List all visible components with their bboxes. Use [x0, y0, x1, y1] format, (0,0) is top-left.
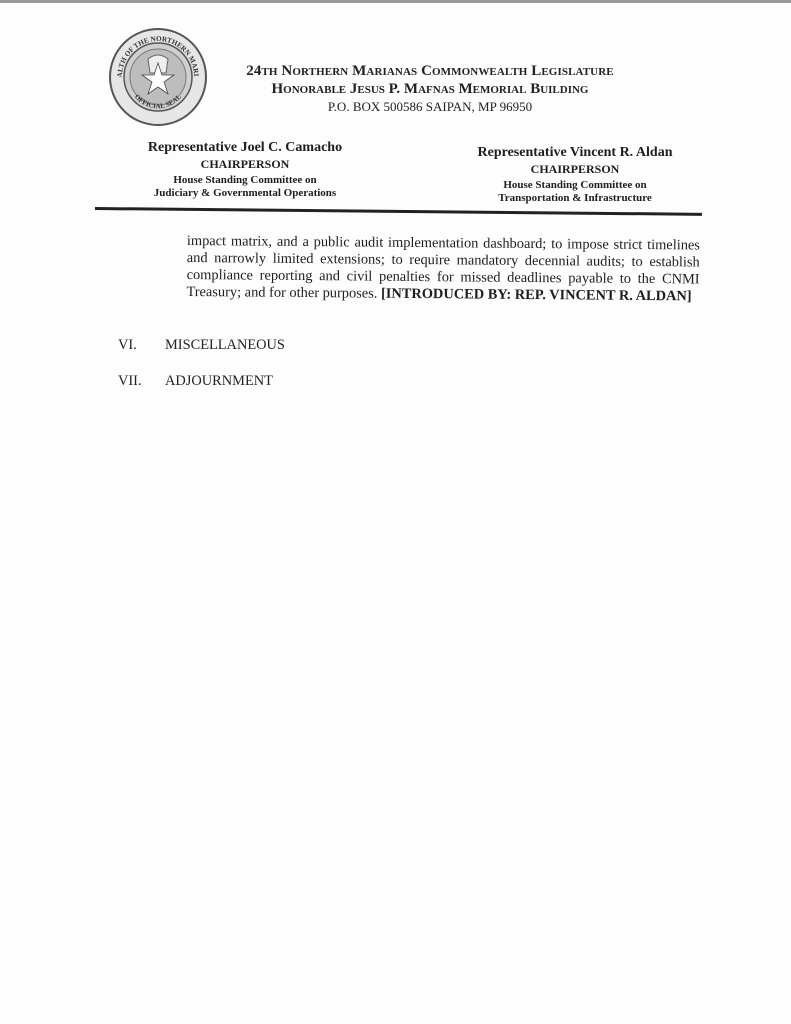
committee-line: House Standing Committee on: [140, 174, 350, 187]
agenda-number: VII.: [118, 373, 165, 390]
letterhead: 24th Northern Marianas Commonwealth Legi…: [200, 63, 660, 115]
agenda-label: MISCELLANEOUS: [165, 337, 285, 353]
rep-name: Representative Joel C. Camacho: [140, 140, 350, 156]
mailing-address: P.O. BOX 500586 SAIPAN, MP 96950: [200, 99, 660, 115]
legislature-name: 24th Northern Marianas Commonwealth Legi…: [200, 63, 660, 80]
rep-title: CHAIRPERSON: [470, 162, 680, 177]
introduced-by: [INTRODUCED BY: REP. VINCENT R. ALDAN]: [381, 286, 692, 305]
committee-line: Judiciary & Governmental Operations: [140, 187, 350, 200]
agenda-item-miscellaneous: VI.MISCELLANEOUS: [118, 337, 285, 354]
rep-committee: House Standing Committee on Judiciary & …: [140, 174, 350, 200]
rep-title: CHAIRPERSON: [140, 157, 350, 172]
official-seal-icon: COMMONWEALTH OF THE NORTHERN MARIANA ISL…: [108, 27, 208, 127]
rep-committee: House Standing Committee on Transportati…: [470, 179, 680, 205]
agenda-label: ADJOURNMENT: [165, 373, 273, 389]
agenda-item-adjournment: VII.ADJOURNMENT: [118, 373, 273, 390]
rep-name: Representative Vincent R. Aldan: [470, 145, 680, 161]
building-name: Honorable Jesus P. Mafnas Memorial Build…: [200, 81, 660, 98]
committee-line: Transportation & Infrastructure: [470, 192, 680, 205]
committee-line: House Standing Committee on: [470, 179, 680, 192]
bill-description: impact matrix, and a public audit implem…: [186, 233, 700, 305]
scan-top-edge: [0, 0, 791, 3]
representative-right: Representative Vincent R. Aldan CHAIRPER…: [470, 145, 680, 205]
agenda-number: VI.: [118, 337, 165, 354]
header-divider: [95, 207, 702, 216]
representative-left: Representative Joel C. Camacho CHAIRPERS…: [140, 140, 350, 200]
